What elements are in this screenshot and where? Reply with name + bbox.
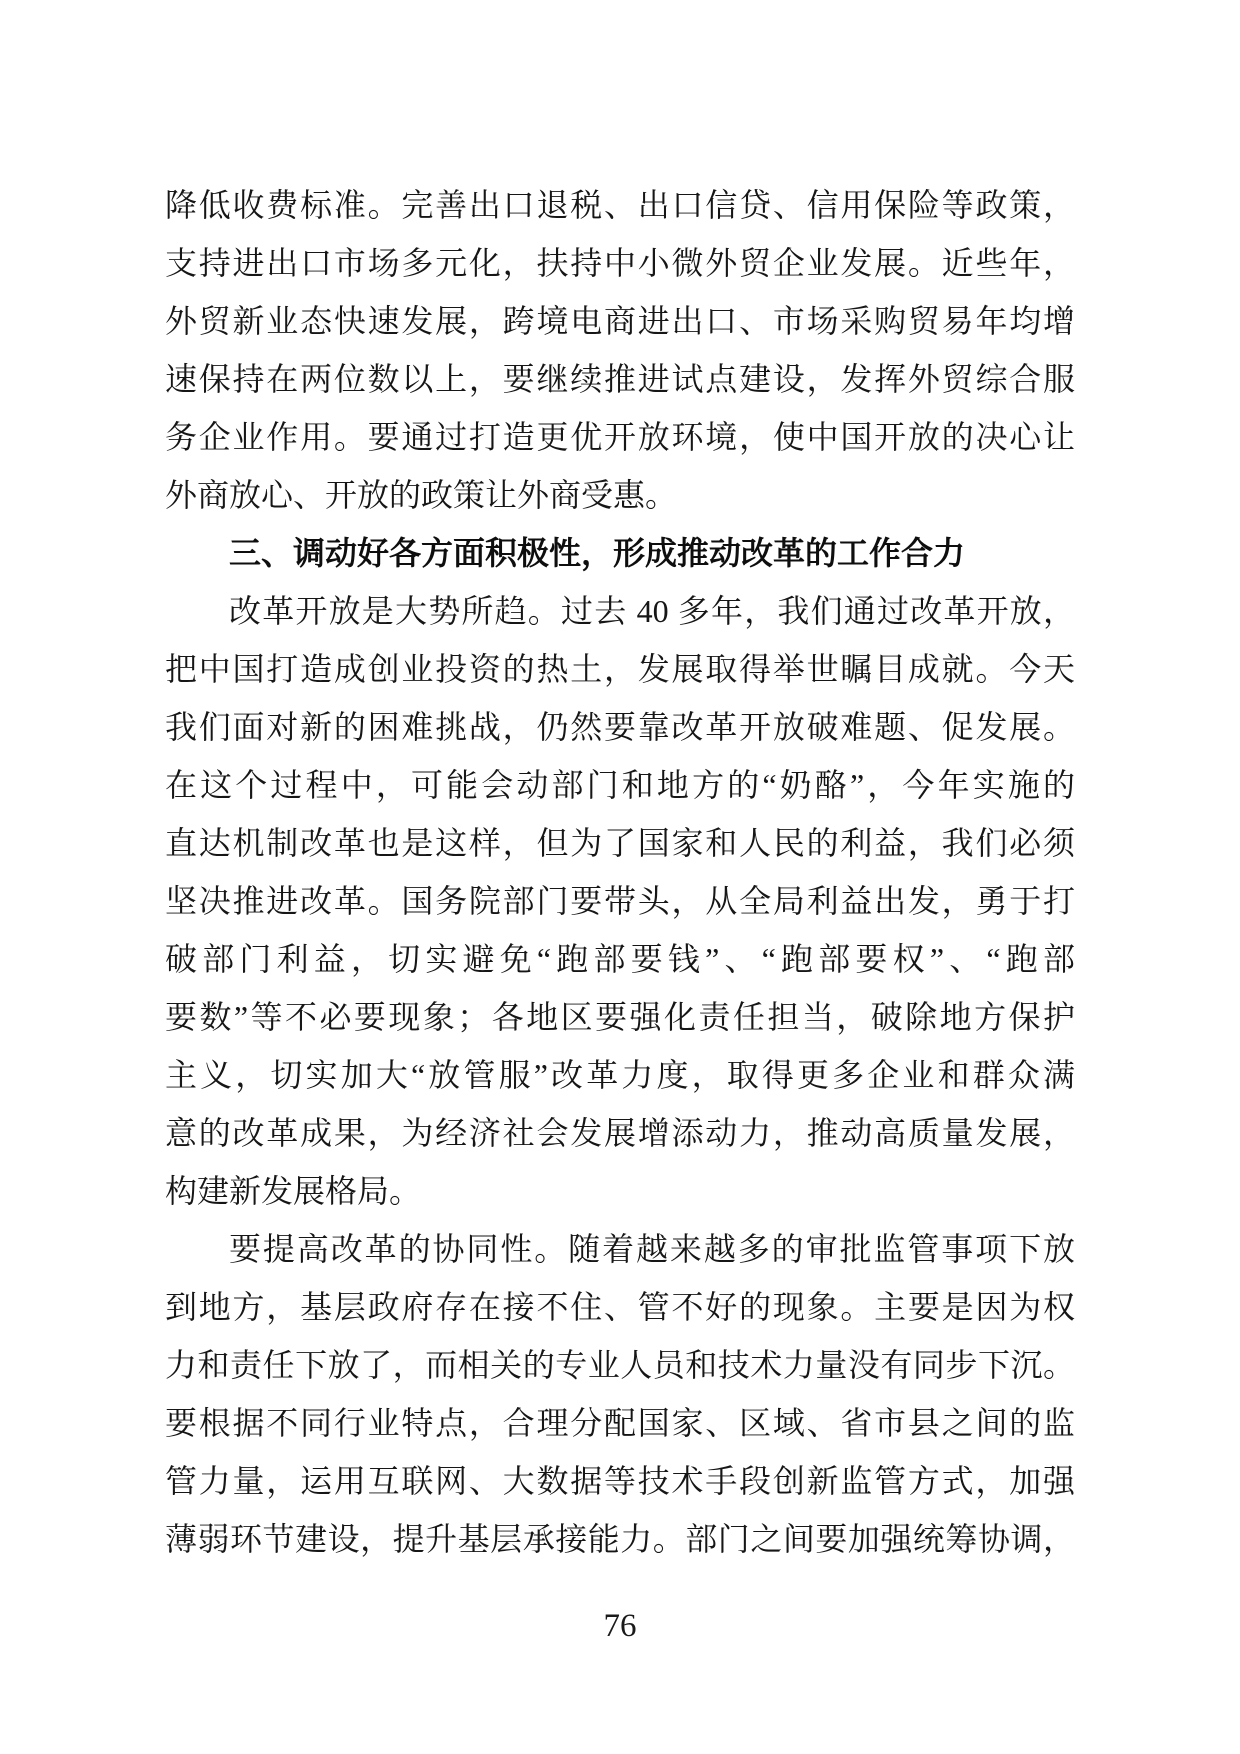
text-line: 速保持在两位数以上，要继续推进试点建设，发挥外贸综合服 [165, 350, 1075, 408]
text-line: 支持进出口市场多元化，扶持中小微外贸企业发展。近些年， [165, 234, 1075, 292]
text-line: 外贸新业态快速发展，跨境电商进出口、市场采购贸易年均增 [165, 292, 1075, 350]
text-line: 坚决推进改革。国务院部门要带头，从全局利益出发，勇于打 [165, 872, 1075, 930]
text-line: 把中国打造成创业投资的热土，发展取得举世瞩目成就。今天 [165, 640, 1075, 698]
text-line: 在这个过程中，可能会动部门和地方的“奶酪”，今年实施的 [165, 756, 1075, 814]
text-line: 破部门利益，切实避免“跑部要钱”、“跑部要权”、“跑部 [165, 930, 1075, 988]
text-line: 力和责任下放了，而相关的专业人员和技术力量没有同步下沉。 [165, 1336, 1075, 1394]
text-line: 我们面对新的困难挑战，仍然要靠改革开放破难题、促发展。 [165, 698, 1075, 756]
text-line: 管力量，运用互联网、大数据等技术手段创新监管方式，加强 [165, 1452, 1075, 1510]
text-line: 要根据不同行业特点，合理分配国家、区域、省市县之间的监 [165, 1394, 1075, 1452]
text-line: 直达机制改革也是这样，但为了国家和人民的利益，我们必须 [165, 814, 1075, 872]
text-line: 务企业作用。要通过打造更优开放环境，使中国开放的决心让 [165, 408, 1075, 466]
section-heading: 三、调动好各方面积极性，形成推动改革的工作合力 [165, 524, 1075, 582]
text-line: 要数”等不必要现象；各地区要强化责任担当，破除地方保护 [165, 988, 1075, 1046]
text-line: 外商放心、开放的政策让外商受惠。 [165, 466, 1075, 524]
document-page: 降低收费标准。完善出口退税、出口信贷、信用保险等政策， 支持进出口市场多元化，扶… [0, 0, 1240, 1754]
text-line: 薄弱环节建设，提升基层承接能力。部门之间要加强统筹协调， [165, 1510, 1075, 1568]
text-line: 构建新发展格局。 [165, 1162, 1075, 1220]
page-number: 76 [0, 1604, 1240, 1648]
text-line: 降低收费标准。完善出口退税、出口信贷、信用保险等政策， [165, 176, 1075, 234]
document-text-block: 降低收费标准。完善出口退税、出口信贷、信用保险等政策， 支持进出口市场多元化，扶… [165, 176, 1075, 1568]
text-line: 到地方，基层政府存在接不住、管不好的现象。主要是因为权 [165, 1278, 1075, 1336]
text-line: 主义，切实加大“放管服”改革力度，取得更多企业和群众满 [165, 1046, 1075, 1104]
text-line: 意的改革成果，为经济社会发展增添动力，推动高质量发展， [165, 1104, 1075, 1162]
text-line: 改革开放是大势所趋。过去 40 多年，我们通过改革开放， [165, 582, 1075, 640]
text-line: 要提高改革的协同性。随着越来越多的审批监管事项下放 [165, 1220, 1075, 1278]
